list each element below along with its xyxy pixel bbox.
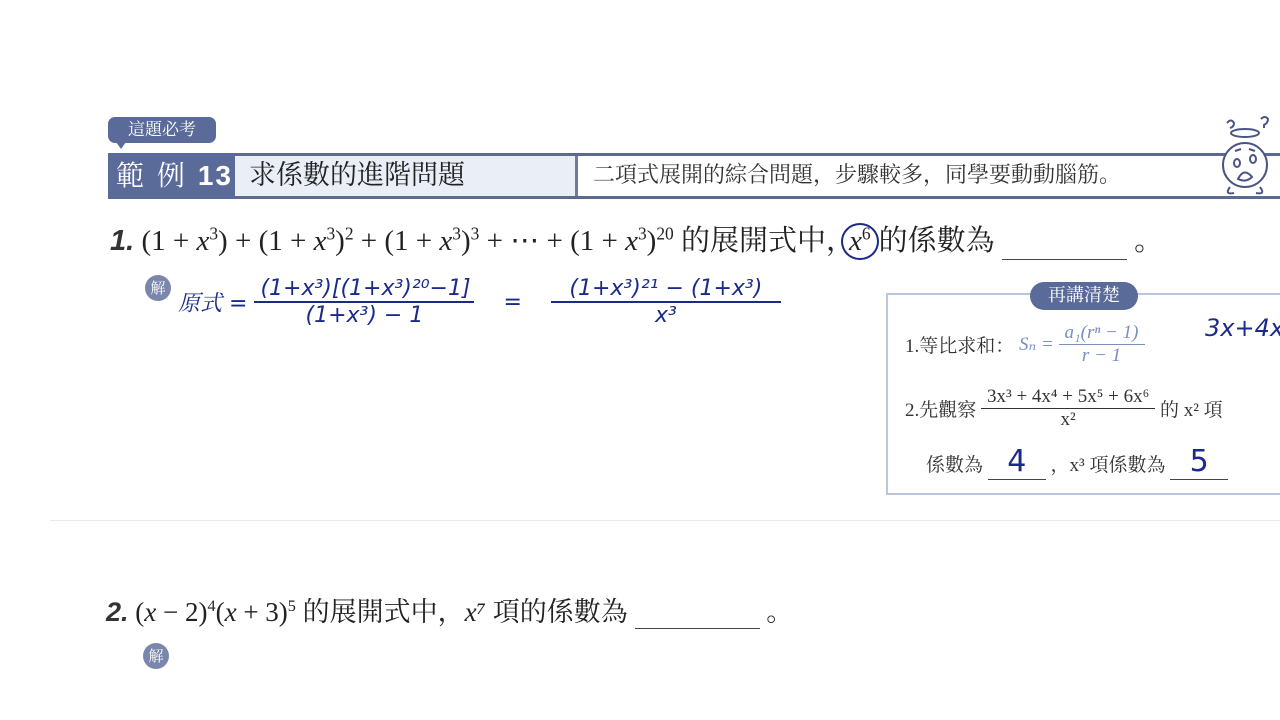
review-item-1: 1.等比求和： Sₙ = a₁(rⁿ − 1) r − 1 bbox=[905, 322, 1145, 367]
answer-blank-2[interactable]: 5 bbox=[1170, 444, 1228, 480]
answer-blank-1[interactable]: 4 bbox=[988, 444, 1046, 480]
question-2: 2. (x − 2)4(x + 3)5 的展開式中，x⁷ 項的係數為 。 bbox=[106, 590, 793, 629]
q1-text-end: 的係數為 bbox=[879, 225, 995, 257]
q1-handwritten-solution: 原式 = (1+x³)[(1+x³)²⁰−1] (1+x³) − 1 = (1+… bbox=[178, 276, 781, 328]
observe-fraction: 3x³ + 4x⁴ + 5x⁵ + 6x⁶ x² bbox=[981, 386, 1155, 431]
q2-answer-blank[interactable] bbox=[635, 598, 760, 629]
q1-period: 。 bbox=[1134, 225, 1163, 257]
q1-text-after: 的展開式中， bbox=[681, 225, 855, 257]
q2-expression: (x − 2)4(x + 3)5 bbox=[135, 597, 296, 627]
review-item-2: 2.先觀察 3x³ + 4x⁴ + 5x⁵ + 6x⁶ x² 的 x² 項 bbox=[905, 386, 1223, 431]
review-item-2-line2: 係數為 4 ，x³ 項係數為 5 bbox=[926, 444, 1228, 480]
geometric-sum-formula: a₁(rⁿ − 1) r − 1 bbox=[1059, 322, 1145, 367]
q2-text-after: 的展開式中， bbox=[303, 597, 465, 627]
hw-fraction-1: (1+x³)[(1+x³)²⁰−1] (1+x³) − 1 bbox=[254, 276, 474, 328]
question-1-number: 1. bbox=[110, 225, 134, 257]
q1-answer-blank[interactable] bbox=[1002, 229, 1127, 260]
q1-term-20: (1 + x3)20 bbox=[570, 225, 674, 257]
review-tag: 再講清楚 bbox=[1030, 282, 1138, 310]
q2-solution-badge: 解 bbox=[143, 643, 169, 669]
example-number: 13 bbox=[198, 160, 233, 191]
example-label-prefix: 範 例 bbox=[116, 159, 187, 192]
must-know-tag: 這題必考 bbox=[108, 117, 216, 143]
hw-eq2: = bbox=[503, 290, 521, 315]
q2-period: 。 bbox=[766, 597, 793, 627]
q1-term-3: (1 + x3)3 bbox=[384, 225, 479, 257]
confused-mascot-icon bbox=[1205, 115, 1280, 200]
example-label: 範 例 13 bbox=[108, 153, 235, 199]
question-2-number: 2. bbox=[106, 597, 129, 627]
q1-target-term: x6 bbox=[841, 223, 879, 260]
question-1: 1. (1 + x3) + (1 + x3)2 + (1 + x3)3 + ⋯ … bbox=[110, 218, 1163, 260]
example-description: 二項式展開的綜合問題，步驟較多，同學要動動腦筋。 bbox=[593, 156, 1121, 196]
q1-term-1: (1 + x3) bbox=[141, 225, 227, 257]
hw-fraction-2: (1+x³)²¹ − (1+x³) x³ bbox=[551, 276, 781, 328]
example-title: 求係數的進階問題 bbox=[235, 156, 578, 196]
hw-lhs: 原式 = bbox=[178, 292, 247, 317]
q2-target-term: x⁷ bbox=[465, 597, 486, 627]
q2-text-end: 項的係數為 bbox=[493, 597, 628, 627]
q1-solution-badge: 解 bbox=[145, 275, 171, 301]
q1-term-2: (1 + x3)2 bbox=[259, 225, 354, 257]
section-divider bbox=[50, 520, 1280, 521]
